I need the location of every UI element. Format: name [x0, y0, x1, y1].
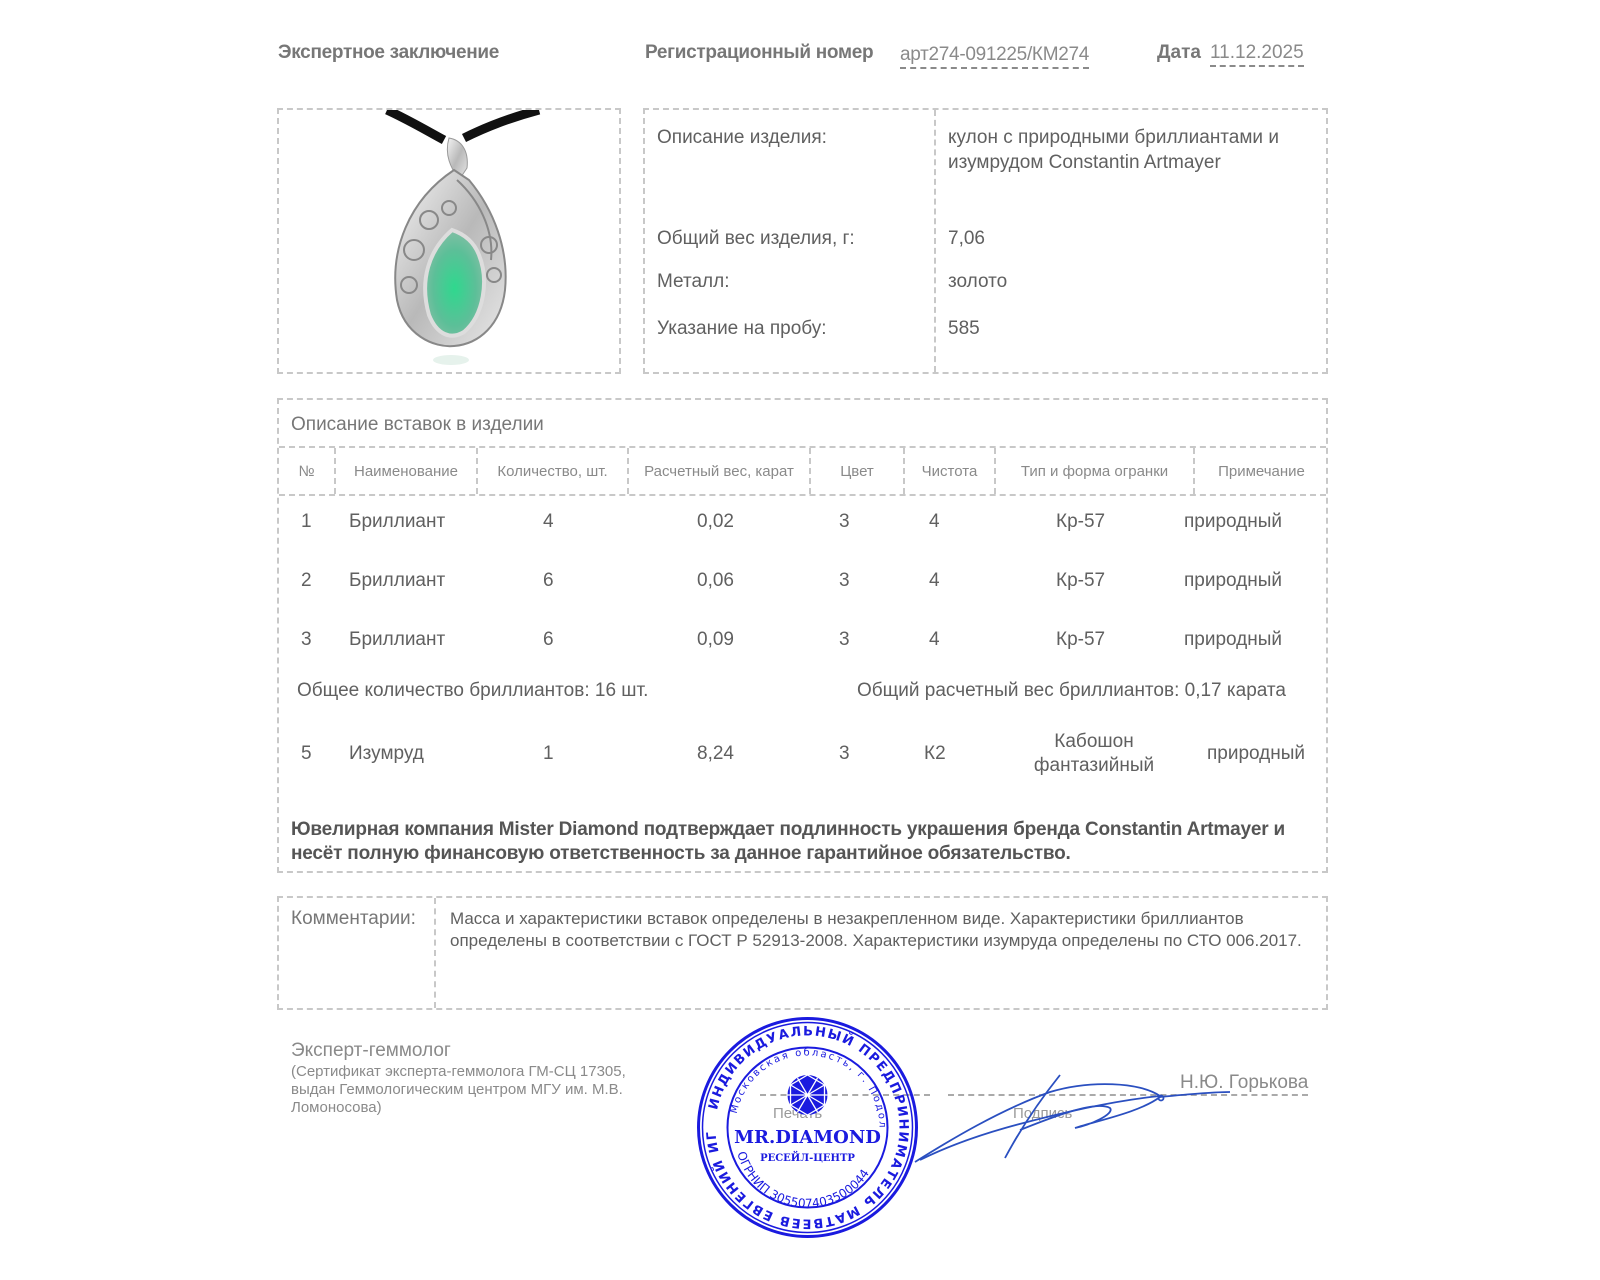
comments-section: Комментарии: Масса и характеристики вста…	[277, 896, 1328, 1010]
cell-number: 2	[301, 561, 312, 601]
table-row-emerald: 5 Изумруд 1 8,24 3 К2 Кабошон фантазийны…	[279, 734, 1326, 774]
cell-name: Бриллиант	[349, 502, 445, 542]
cell-weight: 0,02	[697, 502, 734, 542]
cell-note: природный	[1184, 502, 1282, 542]
date-label: Дата	[1157, 42, 1201, 64]
table-row: 3Бриллиант60,0934Кр-57природный	[279, 620, 1326, 660]
table-header: № Наименование Количество, шт. Расчетный…	[279, 446, 1326, 496]
cell-number: 3	[301, 620, 312, 660]
cell-quantity: 1	[543, 734, 554, 774]
total-weight-label: Общий вес изделия, г:	[657, 226, 855, 251]
cell-color: 3	[839, 502, 850, 542]
cell-color: 3	[839, 561, 850, 601]
cell-clarity: К2	[924, 734, 946, 774]
column-header-weight: Расчетный вес, карат	[627, 448, 809, 494]
cell-clarity: 4	[929, 502, 940, 542]
company-stamp: ИНДИВИДУАЛЬНЫЙ ПРЕДПРИНИМАТЕЛЬ МАТВЕЕВ Е…	[695, 1015, 920, 1240]
total-diamond-weight: Общий расчетный вес бриллиантов: 0,17 ка…	[857, 680, 1286, 702]
cell-weight: 0,09	[697, 620, 734, 660]
signature-icon	[910, 1070, 1250, 1170]
cut-line-1: Кабошон	[1054, 730, 1133, 754]
cell-cut: Кр-57	[1056, 561, 1105, 601]
cell-weight: 0,06	[697, 561, 734, 601]
column-header-number: №	[279, 448, 334, 494]
guarantee-statement: Ювелирная компания Mister Diamond подтве…	[291, 818, 1321, 866]
metal-value: золото	[948, 269, 1318, 294]
cell-clarity: 4	[929, 561, 940, 601]
inserts-section: Описание вставок в изделии № Наименовани…	[277, 398, 1328, 873]
column-header-quantity: Количество, шт.	[476, 448, 627, 494]
cut-line-2: фантазийный	[1034, 754, 1154, 778]
total-weight-value: 7,06	[948, 226, 1318, 251]
svg-text:MR.DIAMOND: MR.DIAMOND	[734, 1127, 881, 1148]
cell-cut: Кр-57	[1056, 502, 1105, 542]
expert-title: Эксперт-геммолог	[291, 1040, 451, 1062]
expert-certificate: (Сертификат эксперта-геммолога ГМ-СЦ 173…	[291, 1063, 671, 1117]
comments-label: Комментарии:	[291, 908, 416, 930]
comments-text: Масса и характеристики вставок определен…	[450, 908, 1320, 952]
registration-number-value: арт274-091225/КМ274	[900, 44, 1089, 69]
table-row: 2Бриллиант60,0634Кр-57природный	[279, 561, 1326, 601]
metal-label: Металл:	[657, 269, 729, 294]
cell-color: 3	[839, 620, 850, 660]
product-properties: Описание изделия: кулон с природными бри…	[643, 108, 1328, 374]
pendant-image	[279, 110, 619, 372]
cell-cut: Кр-57	[1056, 620, 1105, 660]
cell-cut: Кабошон фантазийный	[999, 734, 1189, 774]
column-header-cut: Тип и форма огранки	[994, 448, 1193, 494]
column-divider	[434, 898, 436, 1008]
registration-number-label: Регистрационный номер	[645, 42, 873, 64]
cell-quantity: 6	[543, 620, 554, 660]
handwritten-signature	[910, 1070, 1250, 1170]
inserts-title: Описание вставок в изделии	[291, 414, 544, 436]
cell-number: 5	[301, 734, 312, 774]
product-photo	[277, 108, 621, 374]
cell-number: 1	[301, 502, 312, 542]
hallmark-value: 585	[948, 316, 1318, 341]
total-diamond-count: Общее количество бриллиантов: 16 шт.	[297, 680, 648, 702]
cell-clarity: 4	[929, 620, 940, 660]
column-divider	[934, 110, 936, 372]
column-header-note: Примечание	[1193, 448, 1328, 494]
svg-text:РЕСЕЙЛ-ЦЕНТР: РЕСЕЙЛ-ЦЕНТР	[760, 1151, 855, 1164]
column-header-name: Наименование	[334, 448, 476, 494]
cell-note: природный	[1207, 734, 1305, 774]
table-row: 1Бриллиант40,0234Кр-57природный	[279, 502, 1326, 542]
cell-quantity: 6	[543, 561, 554, 601]
cell-name: Бриллиант	[349, 620, 445, 660]
hallmark-label: Указание на пробу:	[657, 316, 827, 341]
cell-name: Изумруд	[349, 734, 424, 774]
cell-color: 3	[839, 734, 850, 774]
column-header-color: Цвет	[809, 448, 903, 494]
date-value: 11.12.2025	[1210, 42, 1304, 67]
document-title: Экспертное заключение	[278, 42, 499, 64]
cell-quantity: 4	[543, 502, 554, 542]
cell-weight: 8,24	[697, 734, 734, 774]
description-label: Описание изделия:	[657, 125, 827, 150]
stamp-seal-icon: ИНДИВИДУАЛЬНЫЙ ПРЕДПРИНИМАТЕЛЬ МАТВЕЕВ Е…	[695, 1015, 920, 1240]
cell-note: природный	[1184, 620, 1282, 660]
cell-name: Бриллиант	[349, 561, 445, 601]
cell-note: природный	[1184, 561, 1282, 601]
description-value: кулон с природными бриллиантами и изумру…	[948, 125, 1318, 175]
column-header-clarity: Чистота	[903, 448, 994, 494]
